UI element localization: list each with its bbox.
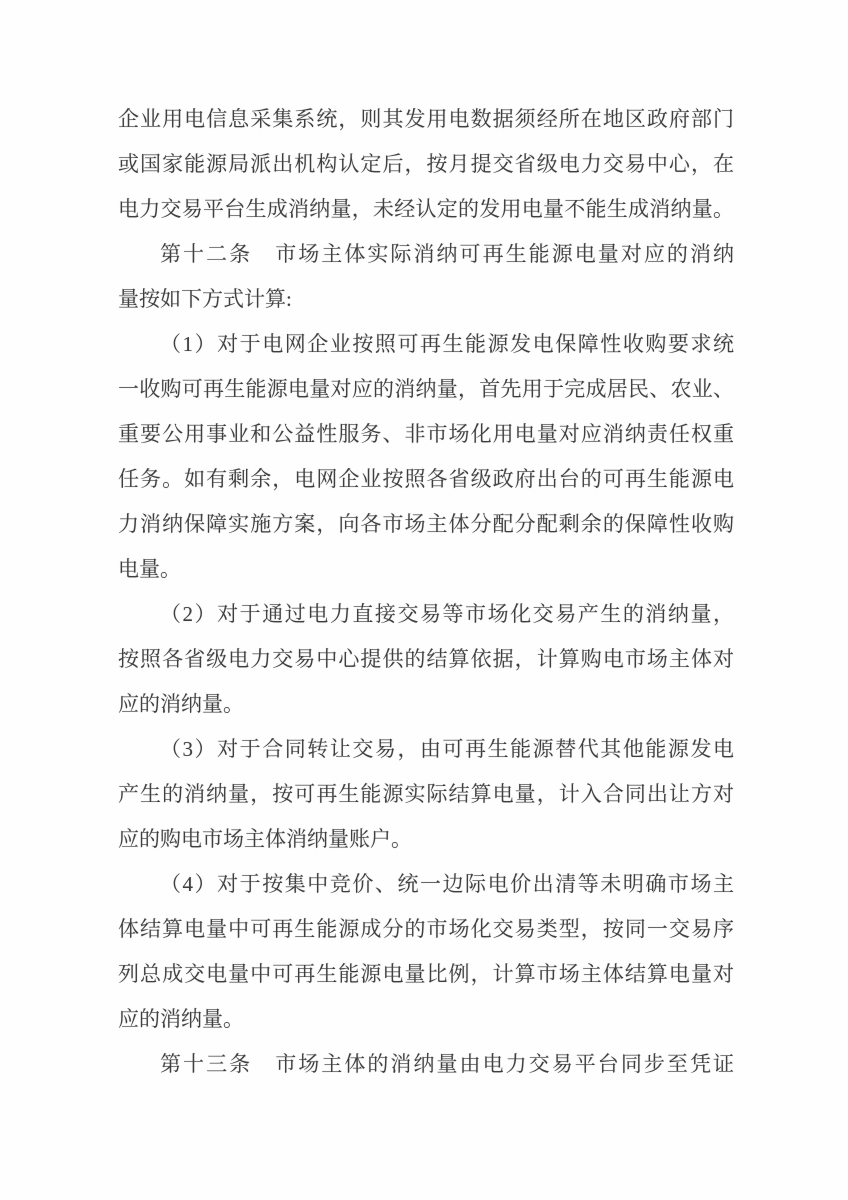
document-page: 企业用电信息采集系统，则其发用电数据须经所在地区政府部门或国家能源局派出机构认定… — [0, 0, 848, 1200]
text-line: 列总成交电量中可再生能源电量比例，计算市场主体结算电量对 — [118, 952, 734, 997]
text-line: 电力交易平台生成消纳量，未经认定的发用电量不能生成消纳量。 — [118, 187, 734, 232]
text-line: 力消纳保障实施方案，向各市场主体分配分配剩余的保障性收购 — [118, 502, 734, 547]
text-line: 第十二条 市场主体实际消纳可再生能源电量对应的消纳 — [118, 232, 734, 277]
text-line: 电量。 — [118, 547, 734, 592]
text-line: 应的消纳量。 — [118, 997, 734, 1042]
text-line: 第十三条 市场主体的消纳量由电力交易平台同步至凭证 — [118, 1042, 734, 1087]
text-line: 一收购可再生能源电量对应的消纳量，首先用于完成居民、农业、 — [118, 367, 734, 412]
text-line: 企业用电信息采集系统，则其发用电数据须经所在地区政府部门 — [118, 97, 734, 142]
document-text: 企业用电信息采集系统，则其发用电数据须经所在地区政府部门或国家能源局派出机构认定… — [118, 97, 734, 1087]
text-line: 应的购电市场主体消纳量账户。 — [118, 817, 734, 862]
text-line: （2）对于通过电力直接交易等市场化交易产生的消纳量， — [118, 592, 734, 637]
text-line: 任务。如有剩余，电网企业按照各省级政府出台的可再生能源电 — [118, 457, 734, 502]
text-line: 或国家能源局派出机构认定后，按月提交省级电力交易中心，在 — [118, 142, 734, 187]
text-line: （4）对于按集中竞价、统一边际电价出清等未明确市场主 — [118, 862, 734, 907]
text-line: （1）对于电网企业按照可再生能源发电保障性收购要求统 — [118, 322, 734, 367]
text-line: （3）对于合同转让交易，由可再生能源替代其他能源发电 — [118, 727, 734, 772]
text-line: 按照各省级电力交易中心提供的结算依据，计算购电市场主体对 — [118, 637, 734, 682]
text-line: 重要公用事业和公益性服务、非市场化用电量对应消纳责任权重 — [118, 412, 734, 457]
text-line: 体结算电量中可再生能源成分的市场化交易类型，按同一交易序 — [118, 907, 734, 952]
text-line: 量按如下方式计算: — [118, 277, 734, 322]
text-line: 应的消纳量。 — [118, 682, 734, 727]
text-line: 产生的消纳量，按可再生能源实际结算电量，计入合同出让方对 — [118, 772, 734, 817]
